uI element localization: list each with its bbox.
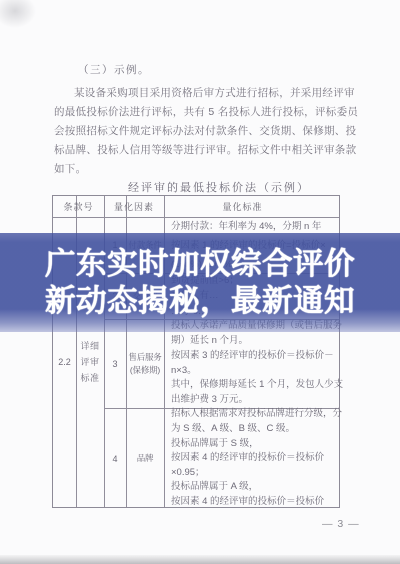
standard-line: 投标品牌属于 A 级， bbox=[171, 480, 258, 495]
factor-line: (保修期) bbox=[130, 364, 160, 377]
paragraph-line: 的最低投标价法进行评标，共有 5 名投标人进行投标，评标委员 bbox=[54, 104, 358, 119]
table-title: 经评审的最低投标价法（示例） bbox=[128, 179, 310, 195]
row-number: 3 bbox=[104, 319, 126, 408]
standard-line: 期）延长 n 个月。 bbox=[171, 334, 248, 349]
clause-name-line: 详细 bbox=[80, 338, 99, 354]
clause-name-line: 评审 bbox=[80, 354, 99, 370]
row-standard: 投标人承诺产品质量保修期（或售后服务 期）延长 n 个月。 按因素 3 的经评审… bbox=[164, 319, 341, 408]
clause-name-line: 标准 bbox=[80, 370, 99, 386]
header-standard: 量化标准 bbox=[154, 196, 331, 217]
standard-line: 按因素 3 的经评审的投标价＝投标价－ bbox=[171, 349, 334, 364]
photo-bottom-edge bbox=[0, 555, 400, 564]
factor-line: 品牌 bbox=[137, 452, 154, 465]
standard-line: 招标人根据需求对投标品牌进行分级，分 bbox=[171, 407, 342, 422]
standard-line: n×3。 bbox=[171, 364, 197, 379]
overlay-title-banner: 广东实时加权综合评价 新动态揭秘，最新通知 bbox=[0, 233, 400, 332]
paragraph-line: 标品牌、投标人信用等级等进行评审。招标文件中相关评审条款 bbox=[54, 142, 356, 157]
row-factor: 品牌 bbox=[126, 408, 164, 509]
banner-title-line2: 新动态揭秘，最新通知 bbox=[45, 283, 355, 320]
banner-title-line1: 广东实时加权综合评价 bbox=[45, 246, 355, 283]
standard-line: ×0.95； bbox=[171, 466, 205, 481]
screenshot-root: （三）示例。 某设备采购项目采用资格后审方式进行招标，并采用经评审 的最低投标价… bbox=[0, 0, 400, 564]
standard-line: 其中，保修期每延长 1 个月，发包人少支 bbox=[171, 378, 343, 393]
standard-line: 为 S 级、A 级、B 级、C 级。 bbox=[171, 422, 295, 437]
page-number: — 3 — bbox=[322, 518, 360, 530]
paragraph-line: 会按照招标文件规定评标办法对付款条件、交货期、保修期、投 bbox=[54, 123, 356, 138]
paragraph-line: 某设备采购项目采用资格后审方式进行招标，并采用经评审 bbox=[74, 85, 355, 100]
row-number: 4 bbox=[104, 408, 126, 509]
standard-line: 出维护费 3 万元。 bbox=[171, 393, 248, 408]
header-clause-no: 条款号 bbox=[53, 196, 104, 217]
paragraph-line: 如下。 bbox=[54, 161, 86, 176]
row-standard: 招标人根据需求对投标品牌进行分级，分 为 S 级、A 级、B 级、C 级。 投标… bbox=[164, 408, 341, 509]
section-label: （三）示例。 bbox=[78, 62, 150, 77]
factor-line: 售后服务 bbox=[128, 351, 161, 364]
standard-line: 按因素 4 的经评审的投标价＝投标价 bbox=[171, 451, 324, 466]
row-factor: 售后服务 (保修期) bbox=[126, 319, 164, 408]
standard-line: 投标品牌属于 S 级， bbox=[171, 437, 259, 452]
standard-line: 按因素 4 的经评审的投标价＝投标价 bbox=[171, 495, 324, 510]
